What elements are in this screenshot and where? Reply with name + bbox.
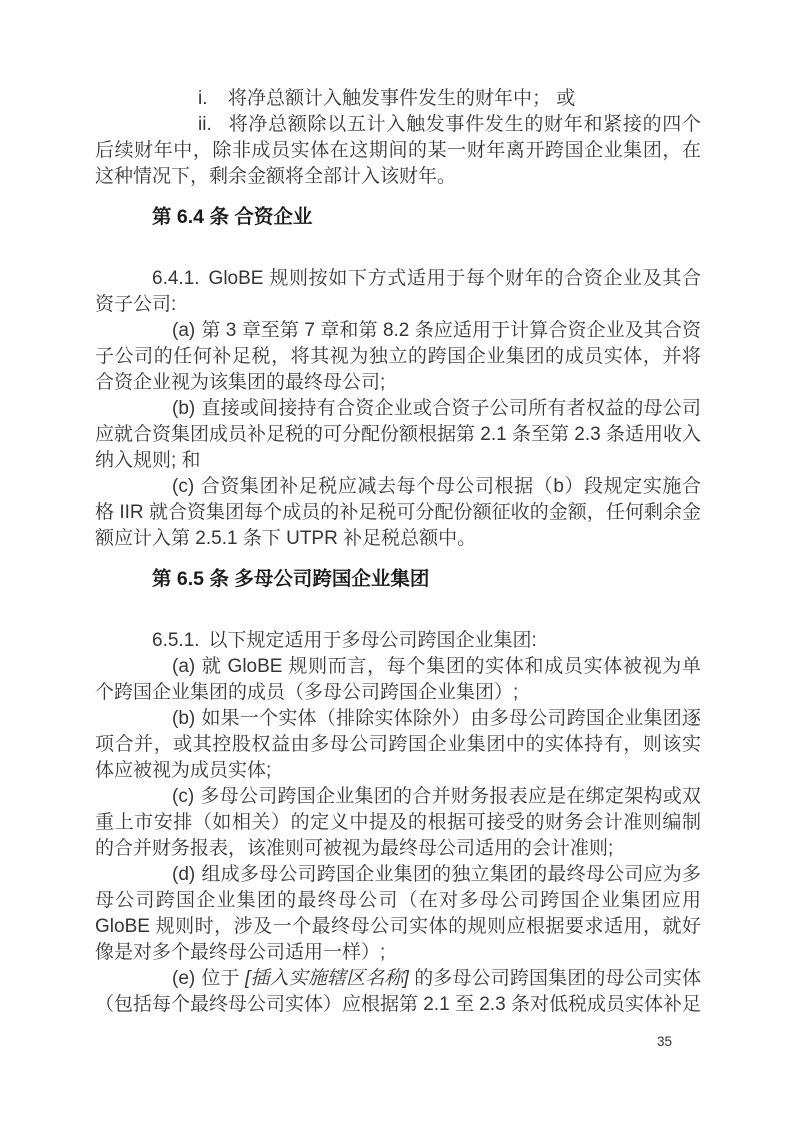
paragraph-6-5-1: 6.5.1.以下规定适用于多母公司跨国企业集团:	[95, 628, 701, 654]
list-marker-ii: ii.	[198, 112, 228, 138]
subitem-6-4-1-c: (c)合资集团补足税应减去每个母公司根据（b）段规定实施合格 IIR 就合资集团…	[95, 474, 701, 552]
list-item-text: 将净总额计入触发事件发生的财年中； 或	[228, 88, 575, 109]
subitem-marker: (b)	[172, 708, 195, 729]
subitem-6-4-1-a: (a)第 3 章至第 7 章和第 8.2 条应适用于计算合资企业及其合资子公司的…	[95, 318, 701, 396]
document-page: i.将净总额计入触发事件发生的财年中； 或 ii.将净总额除以五计入触发事件发生…	[0, 0, 794, 1123]
paragraph-6-4-1: 6.4.1.GloBE 规则按如下方式适用于每个财年的合资企业及其合资子公司:	[95, 266, 701, 318]
section-heading-6-4: 第 6.4 条 合资企业	[95, 204, 701, 230]
subitem-marker: (c)	[172, 476, 194, 497]
list-item-text: 将净总额除以五计入触发事件发生的财年和紧接的四个后续财年中，除非成员实体在这期间…	[95, 114, 701, 187]
paragraph-text: 以下规定适用于多母公司跨国企业集团:	[209, 630, 537, 651]
document-content: i.将净总额计入触发事件发生的财年中； 或 ii.将净总额除以五计入触发事件发生…	[95, 86, 701, 1018]
jurisdiction-placeholder: [插入实施辖区名称]	[245, 968, 409, 989]
subitem-6-5-1-e: (e)位于 [插入实施辖区名称] 的多母公司跨国集团的母公司实体（包括每个最终母…	[95, 966, 701, 1018]
subitem-6-4-1-b: (b)直接或间接持有合资企业或合资子公司所有者权益的母公司应就合资集团成员补足税…	[95, 396, 701, 474]
subitem-marker: (e)	[172, 968, 195, 989]
subitem-marker: (a)	[172, 656, 195, 677]
subitem-marker: (c)	[172, 786, 194, 807]
list-item-roman-i: i.将净总额计入触发事件发生的财年中； 或	[95, 86, 701, 112]
section-heading-6-5: 第 6.5 条 多母公司跨国企业集团	[95, 566, 701, 592]
page-number: 35	[657, 1034, 672, 1050]
list-item-roman-ii: ii.将净总额除以五计入触发事件发生的财年和紧接的四个后续财年中，除非成员实体在…	[95, 112, 701, 190]
subitem-6-5-1-a: (a)就 GloBE 规则而言，每个集团的实体和成员实体被视为单个跨国企业集团的…	[95, 654, 701, 706]
paragraph-number: 6.5.1.	[152, 630, 200, 651]
subitem-6-5-1-b: (b)如果一个实体（排除实体除外）由多母公司跨国企业集团逐项合并，或其控股权益由…	[95, 706, 701, 784]
paragraph-number: 6.4.1.	[152, 268, 200, 289]
subitem-text-prefix: 位于	[201, 968, 245, 989]
subitem-6-5-1-c: (c)多母公司跨国企业集团的合并财务报表应是在绑定架构或双重上市安排（如相关）的…	[95, 784, 701, 862]
subitem-marker: (b)	[172, 398, 195, 419]
list-marker-i: i.	[198, 86, 228, 112]
subitem-6-5-1-d: (d)组成多母公司跨国企业集团的独立集团的最终母公司应为多母公司跨国企业集团的最…	[95, 862, 701, 966]
subitem-marker: (d)	[172, 864, 195, 885]
subitem-marker: (a)	[172, 320, 195, 341]
